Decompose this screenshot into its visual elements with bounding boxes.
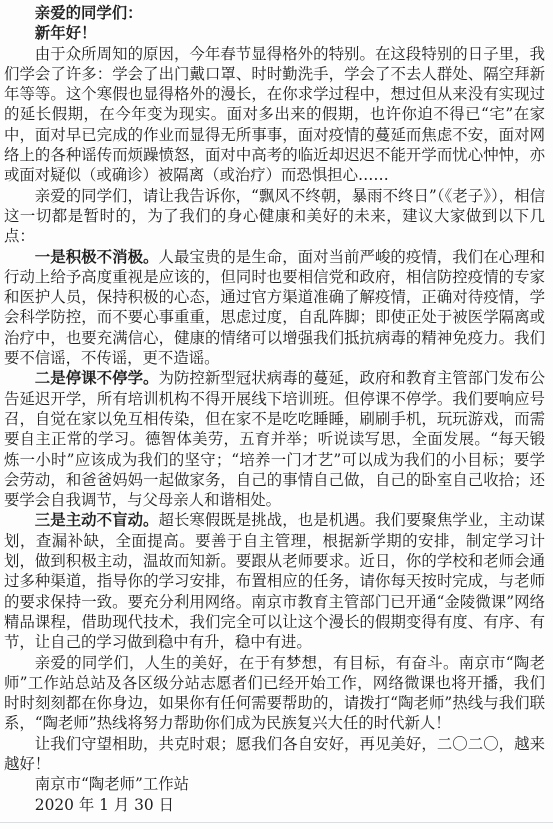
page-bottom-edge	[0, 822, 553, 823]
salutation: 亲爱的同学们：	[4, 3, 545, 23]
paragraph-quote-laozi: 亲爱的同学们，请让我告诉你，“飘风不终朝，暴雨不终日”（《老子》），相信这一切都…	[4, 186, 545, 247]
paragraph-lead: 三是主动不盲动。	[35, 511, 159, 529]
paragraph-text: 让我们守望相助，共克时艰；愿我们各自安好，再见美好，二〇二〇，越来越好！	[4, 735, 545, 773]
signature-line: 南京市“陶老师”工作站	[4, 774, 545, 794]
paragraph-text: 亲爱的同学们，人生的美好，在于有梦想，有目标，有奋斗。南京市“陶老师”工作站总站…	[4, 654, 545, 733]
paragraph-text: 超长寒假既是挑战，也是机遇。我们要聚焦学业，主动谋划，查漏补缺，全面提高。要善于…	[4, 511, 545, 651]
letter-page: 亲爱的同学们： 新年好！ 由于众所周知的原因，今年春节显得格外的特别。在这段特别…	[0, 0, 553, 829]
paragraph-point-2: 二是停课不停学。为防控新型冠状病毒的蔓延，政府和教育主管部门发布公告延迟开学，所…	[4, 368, 545, 510]
date-line: 2020 年 1 月 30 日	[4, 795, 545, 815]
paragraph-point-3: 三是主动不盲动。超长寒假既是挑战，也是机遇。我们要聚焦学业，主动谋划，查漏补缺，…	[4, 510, 545, 652]
paragraph-hotline: 亲爱的同学们，人生的美好，在于有梦想，有目标，有奋斗。南京市“陶老师”工作站总站…	[4, 653, 545, 734]
paragraph-text: 亲爱的同学们，请让我告诉你，“飘风不终朝，暴雨不终日”（《老子》），相信这一切都…	[4, 187, 545, 246]
paragraph-closing: 让我们守望相助，共克时艰；愿我们各自安好，再见美好，二〇二〇，越来越好！	[4, 734, 545, 775]
paragraph-text: 为防控新型冠状病毒的蔓延，政府和教育主管部门发布公告延迟开学，所有培训机构不得开…	[4, 369, 545, 509]
paragraph-text: 由于众所周知的原因，今年春节显得格外的特别。在这段特别的日子里，我们学会了许多：…	[4, 45, 545, 185]
paragraph-lead: 二是停课不停学。	[35, 369, 159, 387]
paragraph-lead: 一是积极不消极。	[35, 248, 159, 266]
greeting: 新年好！	[4, 23, 545, 43]
paragraph-point-1: 一是积极不消极。人最宝贵的是生命，面对当前严峻的疫情，我们在心理和行动上给予高度…	[4, 247, 545, 369]
paragraph-intro: 由于众所周知的原因，今年春节显得格外的特别。在这段特别的日子里，我们学会了许多：…	[4, 44, 545, 186]
